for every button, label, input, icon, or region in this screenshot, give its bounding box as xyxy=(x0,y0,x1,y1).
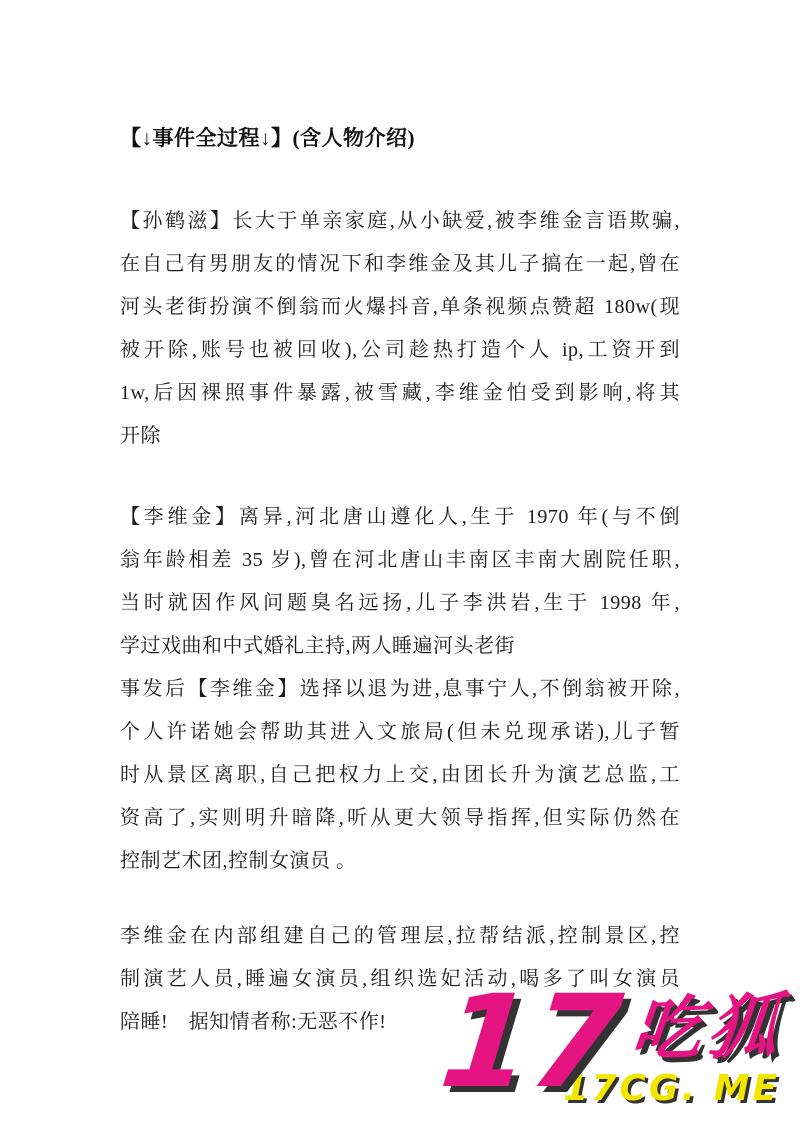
text-line: 翁年龄相差 35 岁),曾在河北唐山丰南区丰南大剧院任职, xyxy=(120,539,680,582)
text-line: 事发后【李维金】选择以退为进,息事宁人,不倒翁被开除, xyxy=(120,668,680,711)
text-line: 学过戏曲和中式婚礼主持,两人睡遍河头老街 xyxy=(120,625,680,668)
paragraphs-container: 【孙鹤滋】长大于单亲家庭,从小缺爱,被李维金言语欺骗,在自己有男朋友的情况下和李… xyxy=(120,200,680,1044)
text-line: 【李维金】离异,河北唐山遵化人,生于 1970 年(与不倒 xyxy=(120,496,680,539)
text-line: 个人许诺她会帮助其进入文旅局(但未兑现承诺),儿子暂 xyxy=(120,711,680,754)
text-line: 开除 xyxy=(120,415,680,458)
text-line: 1w,后因裸照事件暴露,被雪藏,李维金怕受到影响,将其 xyxy=(120,372,680,415)
text-line: 时从景区离职,自己把权力上交,由团长升为演艺总监,工 xyxy=(120,754,680,797)
text-line: 河头老街扮演不倒翁而火爆抖音,单条视频点赞超 180w(现 xyxy=(120,286,680,329)
watermark-big-number: 17 xyxy=(436,991,625,1095)
document-title: 【↓事件全过程↓】(含人物介绍) xyxy=(120,117,680,160)
document-content: 【↓事件全过程↓】(含人物介绍) 【孙鹤滋】长大于单亲家庭,从小缺爱,被李维金言… xyxy=(120,117,680,1044)
text-line: 被开除,账号也被回收),公司趁热打造个人 ip,工资开到 xyxy=(120,329,680,372)
watermark-logo: 17 吃狐 17CG. ME xyxy=(442,991,784,1109)
text-line: 李维金在内部组建自己的管理层,拉帮结派,控制景区,控 xyxy=(120,915,680,958)
paragraph: 【李维金】离异,河北唐山遵化人,生于 1970 年(与不倒翁年龄相差 35 岁)… xyxy=(120,496,680,883)
text-line: 控制艺术团,控制女演员 。 xyxy=(120,840,680,883)
text-line: 当时就因作风问题臭名远扬,儿子李洪岩,生于 1998 年, xyxy=(120,582,680,625)
text-line: 资高了,实则明升暗降,听从更大领导指挥,但实际仍然在 xyxy=(120,797,680,840)
paragraph: 【孙鹤滋】长大于单亲家庭,从小缺爱,被李维金言语欺骗,在自己有男朋友的情况下和李… xyxy=(120,200,680,458)
text-line: 在自己有男朋友的情况下和李维金及其儿子搞在一起,曾在 xyxy=(120,243,680,286)
text-line: 【孙鹤滋】长大于单亲家庭,从小缺爱,被李维金言语欺骗, xyxy=(120,200,680,243)
document-page: 【↓事件全过程↓】(含人物介绍) 【孙鹤滋】长大于单亲家庭,从小缺爱,被李维金言… xyxy=(0,0,800,1133)
